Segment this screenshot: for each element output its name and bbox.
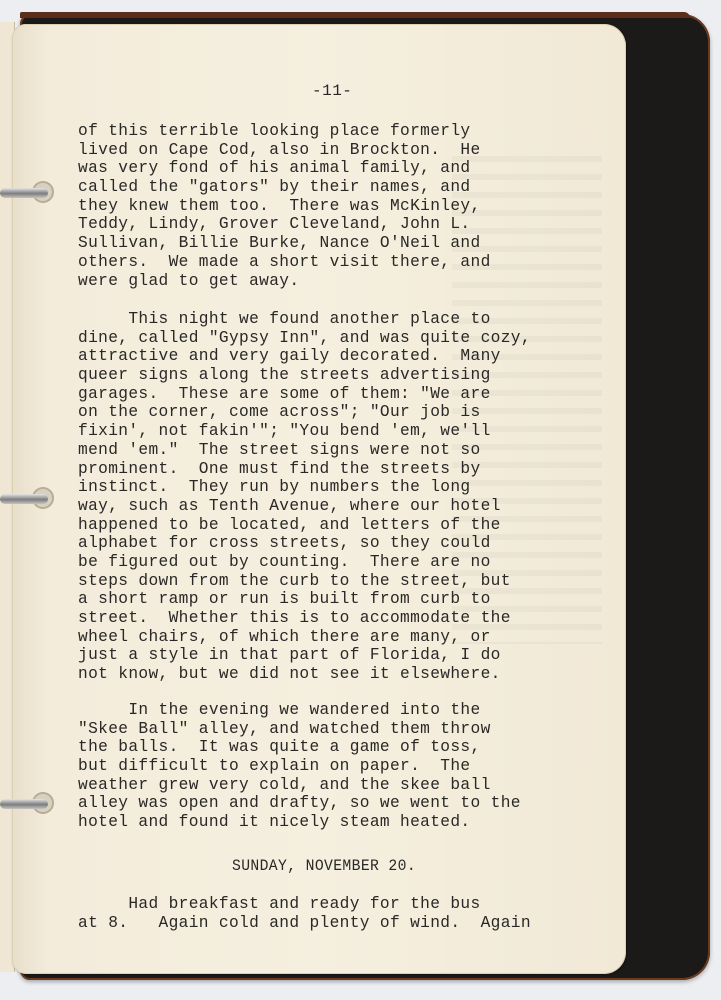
text-line: alley was open and drafty, so we went to… <box>78 794 521 813</box>
text-line: but difficult to explain on paper. The <box>78 757 521 776</box>
text-line: queer signs along the streets advertisin… <box>78 366 531 385</box>
text-line: called the "gators" by their names, and <box>78 178 491 197</box>
binder-ring-bottom <box>0 791 56 817</box>
section-heading: SUNDAY, NOVEMBER 20. <box>232 857 416 875</box>
text-line: This night we found another place to <box>78 310 531 329</box>
text-line: just a style in that part of Florida, I … <box>78 646 531 665</box>
page-number: -11- <box>312 82 352 100</box>
paragraph-3: In the evening we wandered into the"Skee… <box>78 701 521 832</box>
text-line: on the corner, come across"; "Our job is <box>78 403 531 422</box>
text-line: not know, but we did not see it elsewher… <box>78 665 531 684</box>
text-line: of this terrible looking place formerly <box>78 122 491 141</box>
text-line: dine, called "Gypsy Inn", and was quite … <box>78 329 531 348</box>
text-line: Teddy, Lindy, Grover Cleveland, John L. <box>78 215 491 234</box>
text-line: was very fond of his animal family, and <box>78 159 491 178</box>
text-line: be figured out by counting. There are no <box>78 553 531 572</box>
paragraph-1: of this terrible looking place formerlyl… <box>78 122 491 290</box>
text-line: "Skee Ball" alley, and watched them thro… <box>78 720 521 739</box>
text-line: were glad to get away. <box>78 272 491 291</box>
text-line: lived on Cape Cod, also in Brockton. He <box>78 141 491 160</box>
paragraph-4: Had breakfast and ready for the busat 8.… <box>78 895 531 932</box>
binder-cover-edge <box>20 12 690 18</box>
ring-metal <box>0 494 48 504</box>
text-line: street. Whether this is to accommodate t… <box>78 609 531 628</box>
text-line: prominent. One must find the streets by <box>78 460 531 479</box>
text-line: In the evening we wandered into the <box>78 701 521 720</box>
text-line: wheel chairs, of which there are many, o… <box>78 628 531 647</box>
text-line: mend 'em." The street signs were not so <box>78 441 531 460</box>
text-line: way, such as Tenth Avenue, where our hot… <box>78 497 531 516</box>
binder-ring-top <box>0 180 56 206</box>
text-line: others. We made a short visit there, and <box>78 253 491 272</box>
text-line: Had breakfast and ready for the bus <box>78 895 531 914</box>
text-line: they knew them too. There was McKinley, <box>78 197 491 216</box>
text-line: Sullivan, Billie Burke, Nance O'Neil and <box>78 234 491 253</box>
text-line: fixin', not fakin'"; "You bend 'em, we'l… <box>78 422 531 441</box>
text-line: weather grew very cold, and the skee bal… <box>78 776 521 795</box>
text-line: alphabet for cross streets, so they coul… <box>78 534 531 553</box>
ring-metal <box>0 188 48 198</box>
text-line: happened to be located, and letters of t… <box>78 516 531 535</box>
paragraph-2: This night we found another place todine… <box>78 310 531 684</box>
text-line: a short ramp or run is built from curb t… <box>78 590 531 609</box>
binder-ring-middle <box>0 486 56 512</box>
text-line: the balls. It was quite a game of toss, <box>78 738 521 757</box>
text-line: instinct. They run by numbers the long <box>78 478 531 497</box>
ring-metal <box>0 799 48 809</box>
text-line: hotel and found it nicely steam heated. <box>78 813 521 832</box>
text-line: at 8. Again cold and plenty of wind. Aga… <box>78 914 531 933</box>
text-line: garages. These are some of them: "We are <box>78 385 531 404</box>
text-line: steps down from the curb to the street, … <box>78 572 531 591</box>
text-line: attractive and very gaily decorated. Man… <box>78 347 531 366</box>
